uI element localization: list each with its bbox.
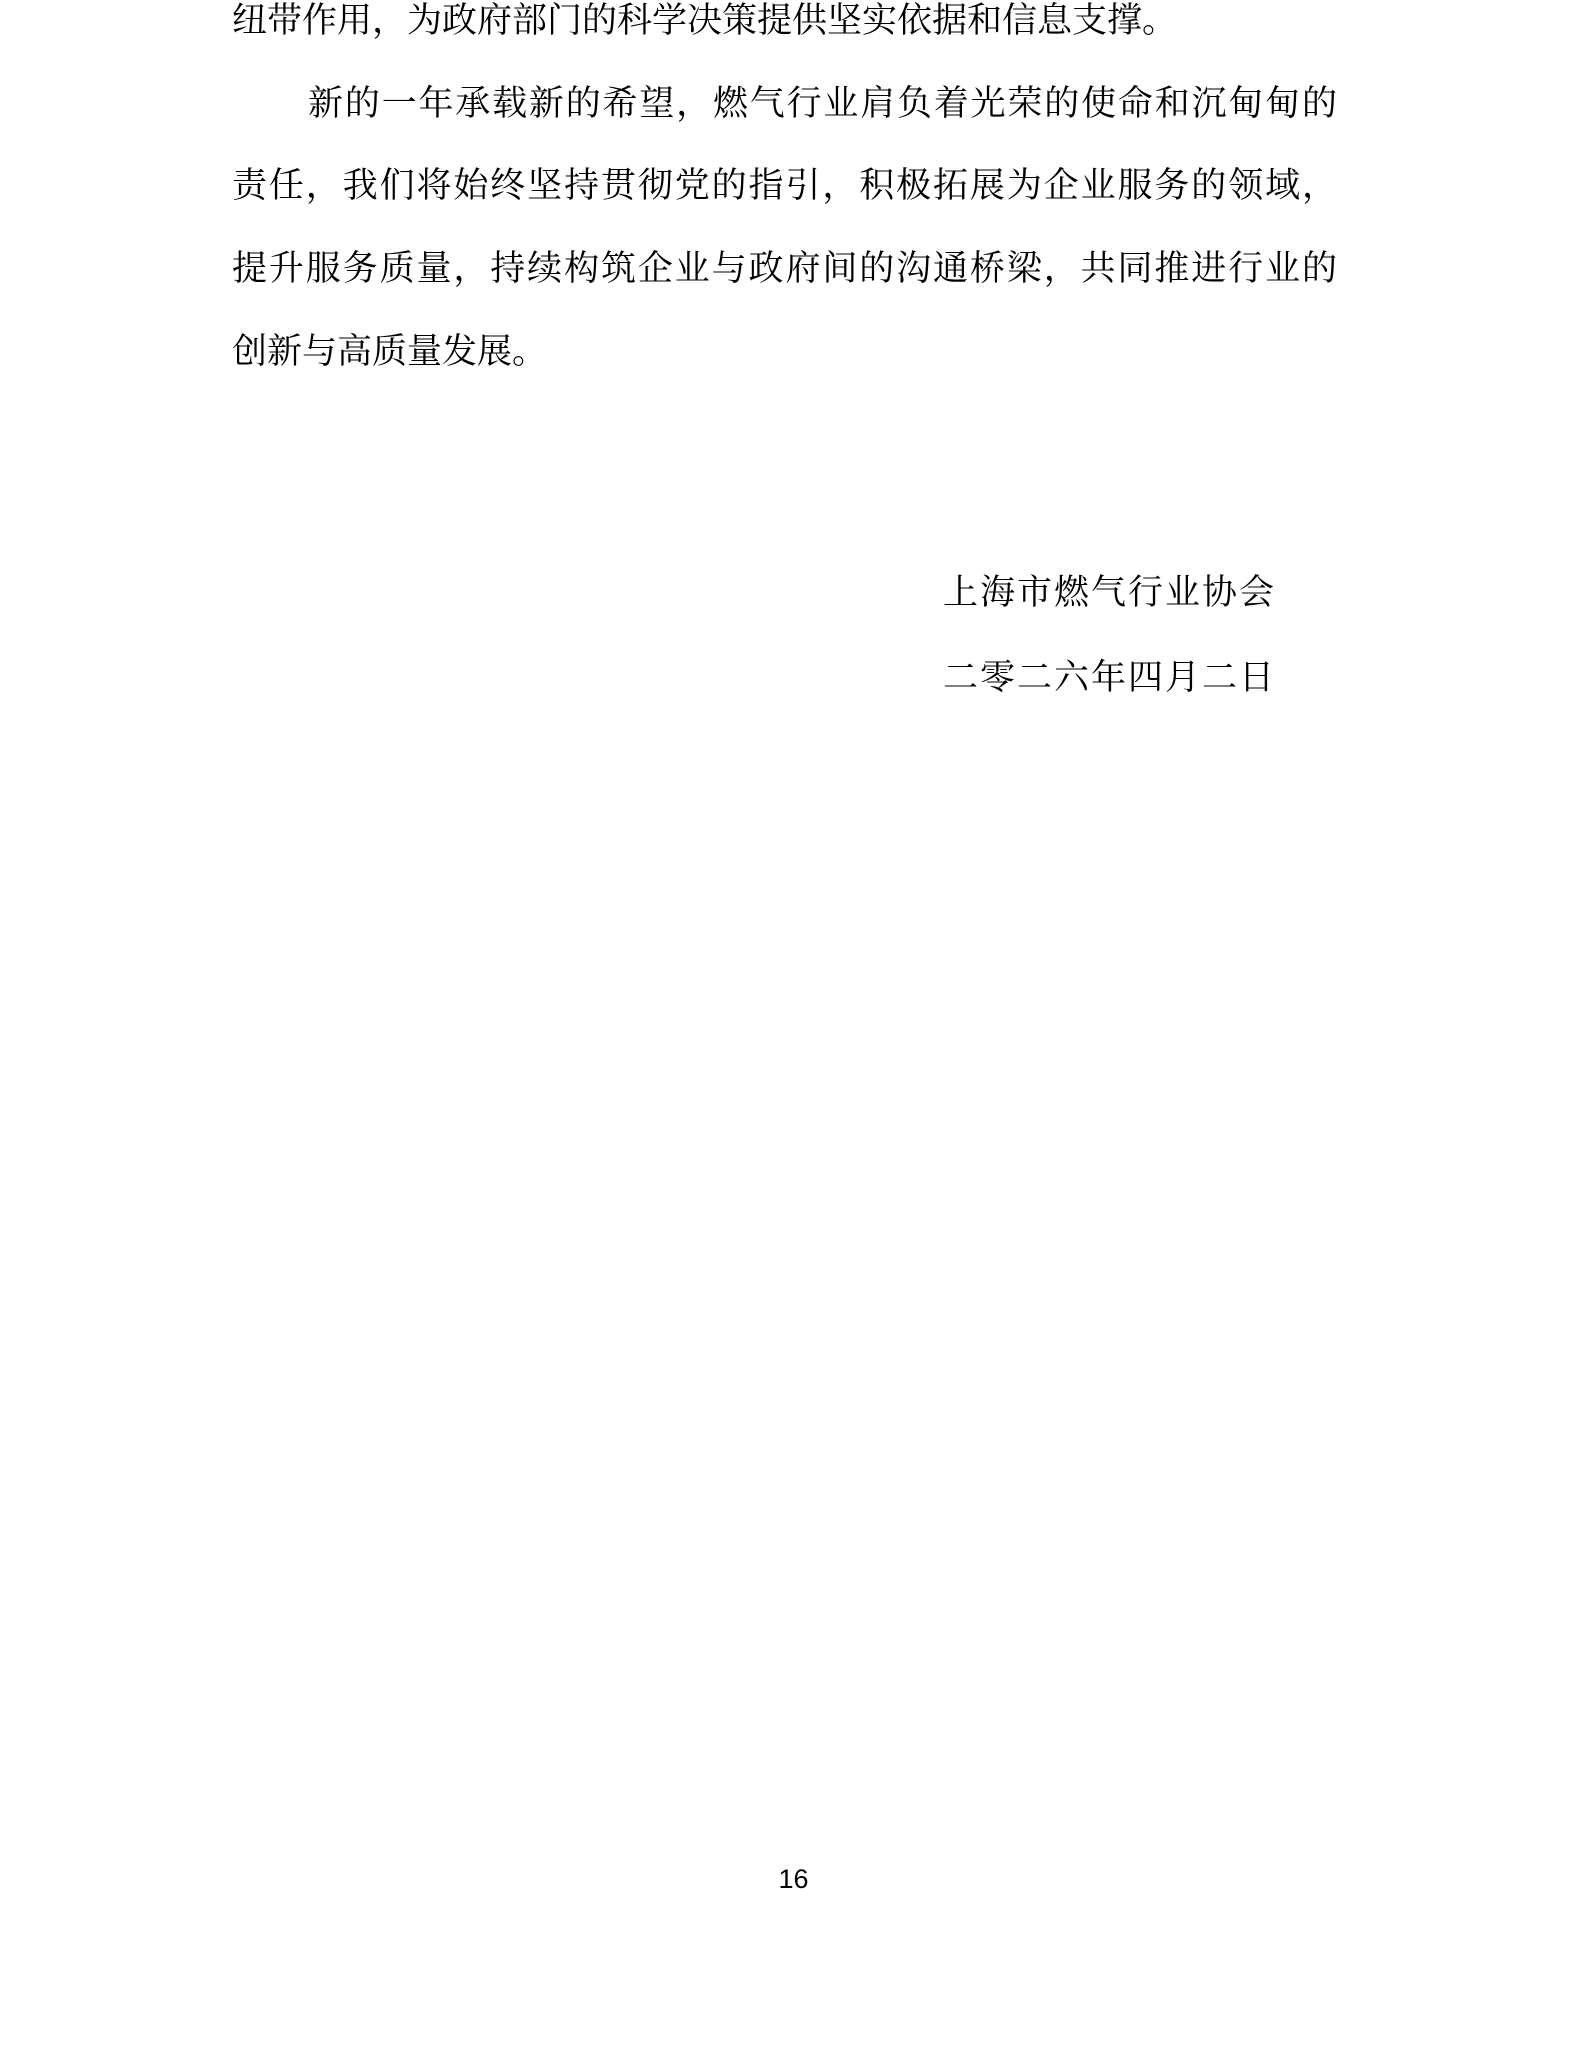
paragraph-line-3: 责任，我们将始终坚持贯彻党的指引，积极拓展为企业服务的领域， xyxy=(232,166,1337,206)
signature-date: 二零二六年四月二日 xyxy=(943,658,1276,698)
paragraph-line-4: 提升服务质量，持续构筑企业与政府间的沟通桥梁，共同推进行业的 xyxy=(232,249,1337,289)
signature-organization: 上海市燃气行业协会 xyxy=(943,573,1276,613)
paragraph-line-5: 创新与高质量发展。 xyxy=(232,332,547,372)
paragraph-line-2: 新的一年承载新的希望，燃气行业肩负着光荣的使命和沉甸甸的 xyxy=(232,84,1337,124)
page-number: 16 xyxy=(0,1864,1587,1894)
paragraph-line-1: 纽带作用，为政府部门的科学决策提供坚实依据和信息支撑。 xyxy=(232,1,1177,41)
document-page: 纽带作用，为政府部门的科学决策提供坚实依据和信息支撑。 新的一年承载新的希望，燃… xyxy=(0,0,1587,2050)
